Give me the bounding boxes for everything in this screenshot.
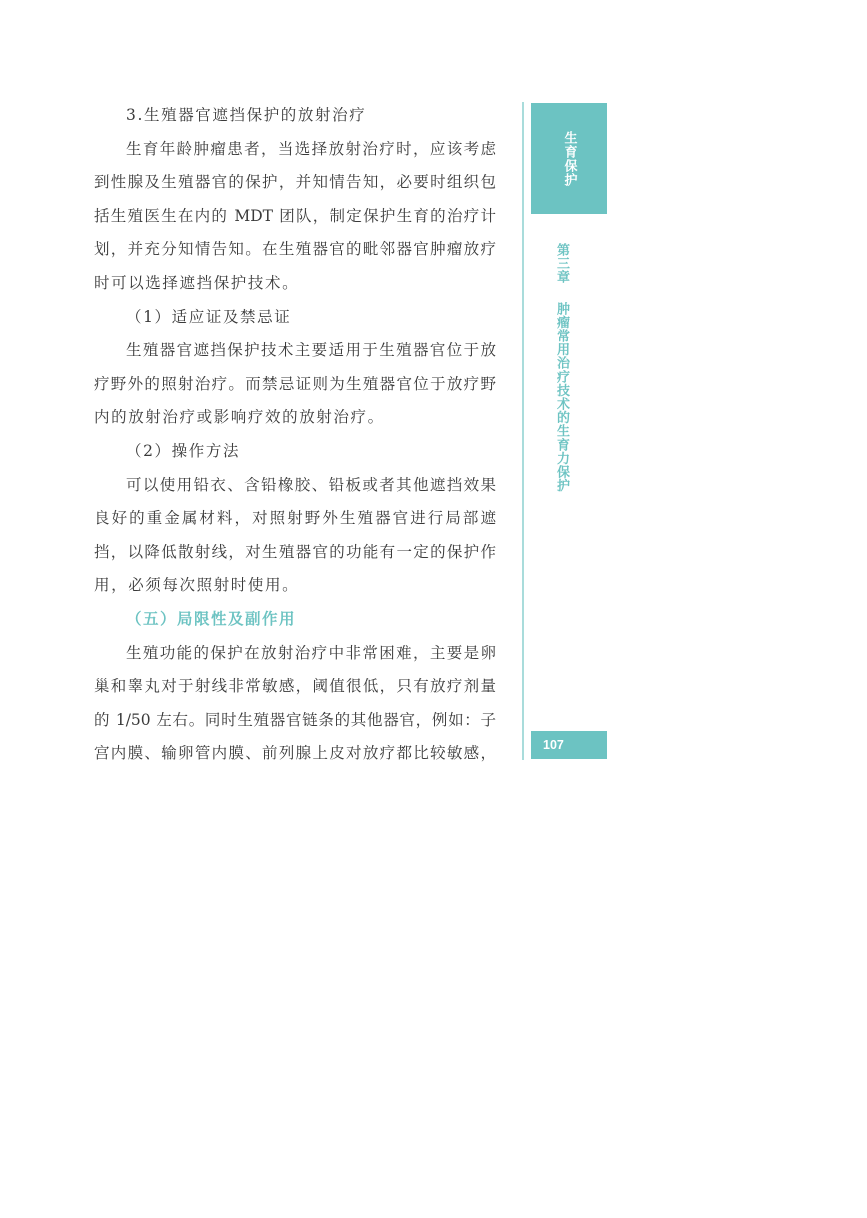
paragraph-line: 挡，以降低散射线，对生殖器官的功能有一定的保护作 (94, 536, 496, 570)
running-chapter-title: 第三章肿瘤常用治疗技术的生育力保护 (555, 243, 568, 492)
paragraph-line: 划，并充分知情告知。在生殖器官的毗邻器官肿瘤放疗 (94, 233, 496, 267)
book-page: 3.生殖器官遮挡保护的放射治疗 生育年龄肿瘤患者，当选择放射治疗时，应该考虑 到… (0, 0, 867, 1218)
margin-divider (522, 102, 524, 760)
paragraph-line: 内的放射治疗或影响疗效的放射治疗。 (94, 401, 496, 435)
item-heading: （1）适应证及禁忌证 (94, 301, 496, 335)
body-text: 3.生殖器官遮挡保护的放射治疗 生育年龄肿瘤患者，当选择放射治疗时，应该考虑 到… (94, 99, 496, 771)
paragraph-line: 的 1/50 左右。同时生殖器官链条的其他器官，例如：子 (94, 704, 496, 738)
section-tab: 生育保护 (531, 103, 607, 214)
section-tab-label: 生育保护 (563, 131, 576, 187)
paragraph-line: 时可以选择遮挡保护技术。 (94, 267, 496, 301)
paragraph-line: 生殖器官遮挡保护技术主要适用于生殖器官位于放 (94, 334, 496, 368)
chapter-name: 肿瘤常用治疗技术的生育力保护 (554, 302, 569, 492)
subsection-heading: 3.生殖器官遮挡保护的放射治疗 (94, 99, 496, 133)
item-heading: （2）操作方法 (94, 435, 496, 469)
paragraph-line: 疗野外的照射治疗。而禁忌证则为生殖器官位于放疗野 (94, 368, 496, 402)
paragraph-line: 括生殖医生在内的 MDT 团队，制定保护生育的治疗计 (94, 200, 496, 234)
paragraph-line: 宫内膜、输卵管内膜、前列腺上皮对放疗都比较敏感， (94, 737, 496, 771)
paragraph-line: 用，必须每次照射时使用。 (94, 569, 496, 603)
paragraph-line: 良好的重金属材料，对照射野外生殖器官进行局部遮 (94, 502, 496, 536)
chapter-label: 第三章 (554, 243, 569, 284)
paragraph-line: 到性腺及生殖器官的保护，并知情告知，必要时组织包 (94, 166, 496, 200)
paragraph-line: 可以使用铅衣、含铅橡胶、铅板或者其他遮挡效果 (94, 469, 496, 503)
section-heading: （五）局限性及副作用 (94, 603, 496, 637)
paragraph-line: 巢和睾丸对于射线非常敏感，阈值很低，只有放疗剂量 (94, 670, 496, 704)
paragraph-line: 生殖功能的保护在放射治疗中非常困难，主要是卵 (94, 637, 496, 671)
page-number: 107 (531, 731, 607, 759)
paragraph-line: 生育年龄肿瘤患者，当选择放射治疗时，应该考虑 (94, 133, 496, 167)
